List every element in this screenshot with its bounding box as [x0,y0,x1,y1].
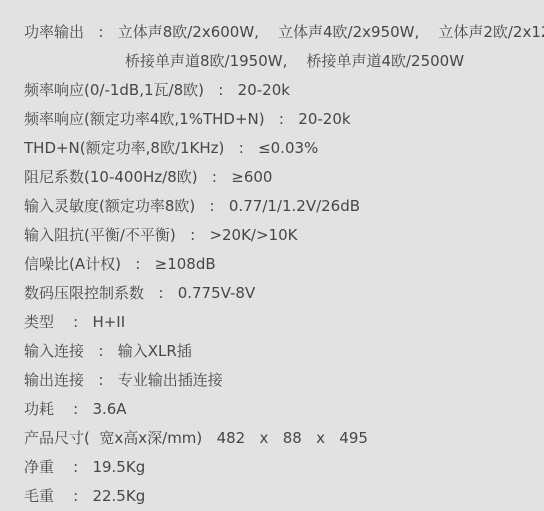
spec-label: 信噪比(A计权) [24,255,121,273]
spec-row-net-weight: 净重 : 19.5Kg [24,453,544,482]
spec-label: 阻尼系数(10-400Hz/8欧) [24,168,198,186]
spec-separator: : [84,23,118,41]
spec-row-damping-factor: 阻尼系数(10-400Hz/8欧) : ≥600 [24,163,544,192]
spec-row-limiter-coefficient: 数码压限控制系数 : 0.775V-8V [24,279,544,308]
spec-row-input-impedance: 输入阻抗(平衡/不平衡) : >20K/>10K [24,221,544,250]
spec-separator: : [204,81,238,99]
spec-value: 0.775V-8V [178,284,256,302]
spec-separator: : [84,342,118,360]
spec-row-frequency-response-2: 频率响应(额定功率4欧,1%THD+N) : 20-20k [24,105,544,134]
spec-value: 立体声8欧/2x600W, 立体声4欧/2x950W, 立体声2欧/2x1250… [118,23,544,41]
spec-separator: : [54,313,92,331]
spec-separator: : [144,284,178,302]
spec-row-input-sensitivity: 输入灵敏度(额定功率8欧) : 0.77/1/1.2V/26dB [24,192,544,221]
spec-value: 22.5Kg [92,487,145,505]
spec-label: 毛重 [24,487,54,505]
spec-value: 20-20k [238,81,290,99]
spec-label: 输入连接 [24,342,84,360]
spec-value: 0.77/1/1.2V/26dB [229,197,360,215]
spec-separator [202,429,216,447]
spec-label: 产品尺寸( 宽x高x深/mm) [24,429,202,447]
spec-separator: : [84,371,118,389]
spec-separator: : [54,458,92,476]
spec-label: 类型 [24,313,54,331]
spec-separator: : [224,139,258,157]
spec-label: 输入阻抗(平衡/不平衡) [24,226,176,244]
spec-separator: : [195,197,229,215]
spec-value: 19.5Kg [92,458,145,476]
spec-value: H+II [92,313,125,331]
spec-separator: : [121,255,155,273]
spec-value: ≥108dB [155,255,216,273]
spec-separator: : [176,226,210,244]
spec-separator: : [54,400,92,418]
spec-label: 净重 [24,458,54,476]
spec-value: 专业输出插连接 [118,371,223,389]
spec-value: ≤0.03% [258,139,318,157]
spec-label: THD+N(额定功率,8欧/1KHz) [24,139,224,157]
spec-row-power-output: 功率输出 : 立体声8欧/2x600W, 立体声4欧/2x950W, 立体声2欧… [24,18,544,47]
spec-row-snr: 信噪比(A计权) : ≥108dB [24,250,544,279]
spec-row-bridge-mono-output: 桥接单声道8欧/1950W, 桥接单声道4欧/2500W [24,47,544,76]
spec-value: 482 x 88 x 495 [217,429,368,447]
spec-label: 输入灵敏度(额定功率8欧) [24,197,195,215]
spec-label: 功率输出 [24,23,84,41]
spec-separator: : [54,487,92,505]
spec-value: 3.6A [92,400,126,418]
spec-label: 频率响应(0/-1dB,1瓦/8欧) [24,81,204,99]
spec-separator: : [265,110,299,128]
product-specs-table: 功率输出 : 立体声8欧/2x600W, 立体声4欧/2x950W, 立体声2欧… [0,0,544,511]
spec-label: 数码压限控制系数 [24,284,144,302]
spec-value: 输入XLR插 [118,342,192,360]
spec-separator: : [198,168,232,186]
spec-value: 桥接单声道8欧/1950W, 桥接单声道4欧/2500W [125,52,464,70]
spec-row-dimensions: 产品尺寸( 宽x高x深/mm) 482 x 88 x 495 [24,424,544,453]
spec-value: >20K/>10K [209,226,297,244]
spec-row-gross-weight: 毛重 : 22.5Kg [24,482,544,511]
spec-row-type: 类型 : H+II [24,308,544,337]
spec-row-input-connector: 输入连接 : 输入XLR插 [24,337,544,366]
spec-value: 20-20k [298,110,350,128]
spec-row-output-connector: 输出连接 : 专业输出插连接 [24,366,544,395]
spec-row-frequency-response-1: 频率响应(0/-1dB,1瓦/8欧) : 20-20k [24,76,544,105]
spec-row-power-consumption: 功耗 : 3.6A [24,395,544,424]
spec-label: 功耗 [24,400,54,418]
spec-row-thd-n: THD+N(额定功率,8欧/1KHz) : ≤0.03% [24,134,544,163]
spec-label: 输出连接 [24,371,84,389]
spec-value: ≥600 [231,168,272,186]
spec-label: 频率响应(额定功率4欧,1%THD+N) [24,110,265,128]
